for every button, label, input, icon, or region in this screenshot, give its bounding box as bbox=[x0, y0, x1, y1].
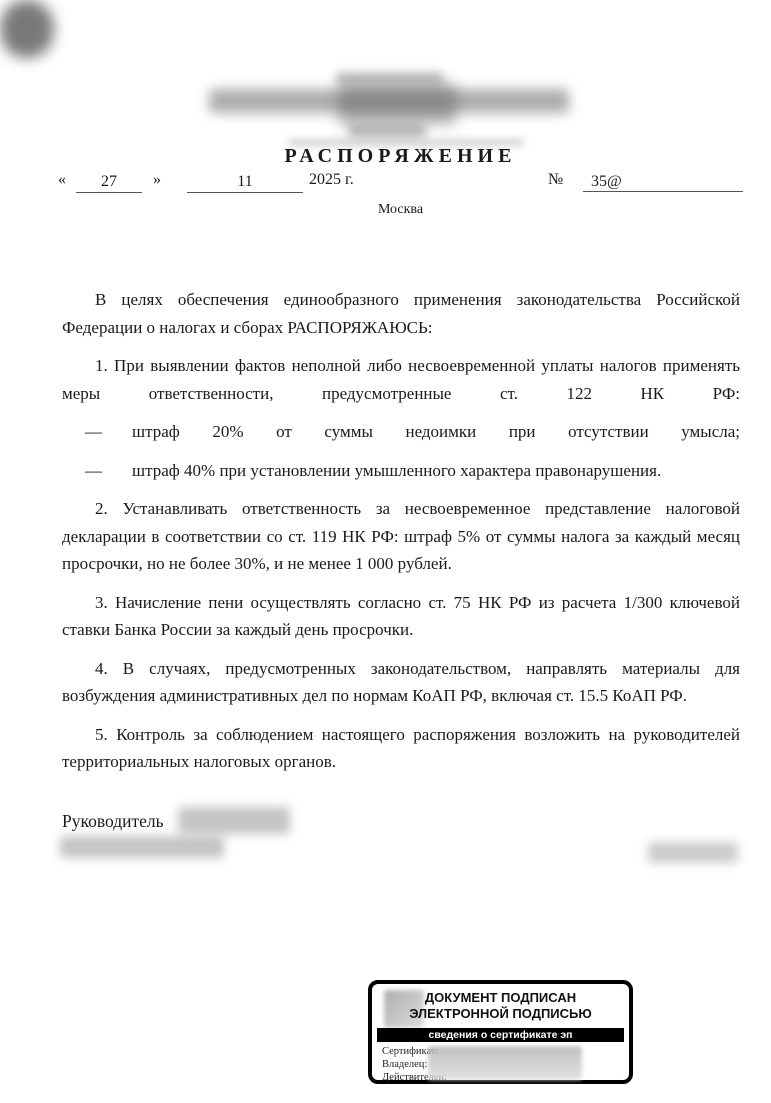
document-number-field: 35@ bbox=[583, 171, 743, 192]
number-sign-label: № bbox=[548, 171, 563, 189]
subitem-text: штраф 20% от суммы недоимки при отсутств… bbox=[132, 422, 740, 441]
signer-name-redacted bbox=[648, 842, 738, 863]
stamp-title-line2: ЭЛЕКТРОННОЙ ПОДПИСЬЮ bbox=[372, 1006, 629, 1022]
item-2-paragraph: 2. Устанавливать ответственность за несв… bbox=[62, 495, 740, 578]
item-5-paragraph: 5. Контроль за соблюдением настоящего ра… bbox=[62, 721, 740, 776]
certificate-info-bar: сведения о сертификате эп bbox=[377, 1028, 624, 1042]
signer-org-redacted bbox=[178, 807, 290, 834]
letterhead-org-name-blurred bbox=[338, 84, 456, 124]
dash-marker: — bbox=[85, 422, 102, 441]
date-year-label: 2025 г. bbox=[309, 171, 354, 189]
date-number-row: « 27 » 11 2025 г. № 35@ bbox=[0, 171, 771, 195]
item-1-subitem-b: —штраф 40% при установлении умышленного … bbox=[62, 457, 740, 485]
item-3-paragraph: 3. Начисление пени осуществлять согласно… bbox=[62, 589, 740, 644]
subitem-text: штраф 40% при установлении умышленного х… bbox=[132, 461, 661, 480]
letterhead-line-blurred bbox=[348, 124, 426, 137]
e-signature-stamp: ДОКУМЕНТ ПОДПИСАН ЭЛЕКТРОННОЙ ПОДПИСЬЮ с… bbox=[368, 980, 633, 1084]
document-page: РАСПОРЯЖЕНИЕ « 27 » 11 2025 г. № 35@ Мос… bbox=[0, 0, 771, 1103]
certificate-values-redacted bbox=[428, 1046, 582, 1080]
item-4-paragraph: 4. В случаях, предусмотренных законодате… bbox=[62, 655, 740, 710]
item-1-paragraph: 1. При выявлении фактов неполной либо не… bbox=[62, 352, 740, 407]
date-month-field: 11 bbox=[187, 171, 303, 193]
document-body: В целях обеспечения единообразного приме… bbox=[62, 286, 740, 776]
item-1-subitem-a: —штраф 20% от суммы недоимки при отсутст… bbox=[62, 418, 740, 446]
stamp-title: ДОКУМЕНТ ПОДПИСАН ЭЛЕКТРОННОЙ ПОДПИСЬЮ bbox=[372, 990, 629, 1022]
open-quote: « bbox=[58, 171, 66, 189]
letterhead-line-blurred bbox=[336, 73, 444, 84]
stamp-title-line1: ДОКУМЕНТ ПОДПИСАН bbox=[372, 990, 629, 1006]
coat-of-arms-icon bbox=[0, 0, 54, 58]
dash-marker: — bbox=[85, 461, 102, 480]
signer-org-redacted bbox=[60, 836, 224, 858]
close-quote: » bbox=[153, 171, 161, 189]
signer-role-label: Руководитель bbox=[62, 811, 164, 832]
date-day-field: 27 bbox=[76, 171, 142, 193]
place-label: Москва bbox=[30, 202, 771, 218]
document-title: РАСПОРЯЖЕНИЕ bbox=[30, 145, 771, 168]
intro-paragraph: В целях обеспечения единообразного приме… bbox=[62, 286, 740, 341]
